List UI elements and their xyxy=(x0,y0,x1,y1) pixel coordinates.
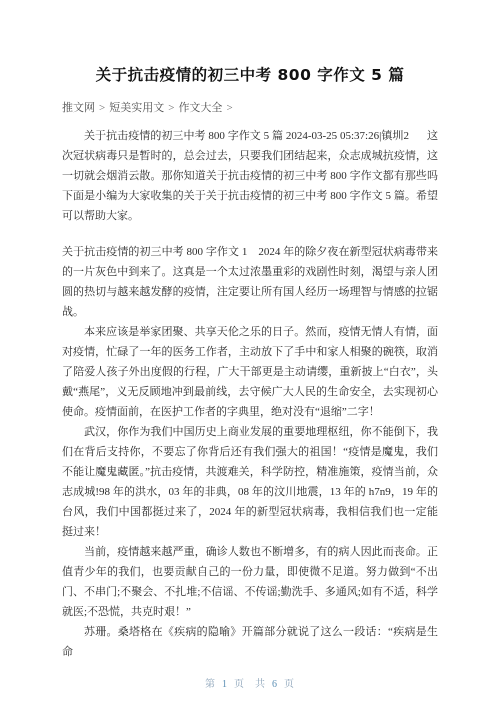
page-word-prefix: 第 xyxy=(205,679,216,690)
breadcrumb-separator: > xyxy=(168,102,174,114)
page-word-unit: 页 xyxy=(234,679,245,690)
breadcrumb-item-subcategory[interactable]: 作文大全 xyxy=(178,102,222,114)
article-body: 关于抗击疫情的初三中考 800 字作文 5 篇 2024-03-25 05:37… xyxy=(62,126,438,662)
paragraph: 当前，疫情越来越严重，确诊人数也不断增多，有的病人因此而丧命。正值青少年的我们，… xyxy=(62,542,438,622)
current-page-number: 1 xyxy=(222,679,228,690)
breadcrumb-separator: > xyxy=(226,102,232,114)
page-title: 关于抗击疫情的初三中考 800 字作文 5 篇 xyxy=(40,64,460,86)
breadcrumb: 推文网>短美实用文>作文大全> xyxy=(62,101,438,115)
paragraph: 武汉，你作为我们中国历史上商业发展的重要地理枢纽，你不能倒下，我们在背后支持你，… xyxy=(62,422,438,542)
essay-1-inline-heading: 关于抗击疫情的初三中考 800 字作文 1 xyxy=(62,246,247,258)
intro-paragraph: 关于抗击疫情的初三中考 800 字作文 5 篇 2024-03-25 05:37… xyxy=(62,126,438,226)
total-word-prefix: 共 xyxy=(255,679,266,690)
paragraph: 苏珊。桑塔格在《疾病的隐喻》开篇部分就说了这么一段话：“疾病是生命 xyxy=(62,622,438,662)
post-author: 镇圳2 xyxy=(381,130,409,142)
paragraph: 本来应该是举家团聚、共享天伦之乐的日子。然而，疫情无情人有情，面对疫情，忙碌了一… xyxy=(62,322,438,422)
post-datetime: 2024-03-25 05:37:26 xyxy=(286,130,379,142)
document-page: 关于抗击疫情的初三中考 800 字作文 5 篇 推文网>短美实用文>作文大全> … xyxy=(0,0,500,707)
breadcrumb-item-home[interactable]: 推文网 xyxy=(62,102,95,114)
breadcrumb-item-category[interactable]: 短美实用文 xyxy=(109,102,164,114)
breadcrumb-separator: > xyxy=(99,102,105,114)
essay-1-paragraph: 关于抗击疫情的初三中考 800 字作文 12024 年的除夕夜在新型冠状病毒带来… xyxy=(62,242,438,322)
pagination: 第1页共6页 xyxy=(0,678,500,692)
total-word-unit: 页 xyxy=(284,679,295,690)
doc-label: 关于抗击疫情的初三中考 800 字作文 5 篇 xyxy=(84,130,283,142)
intro-text: 这次冠状病毒只是暂时的，总会过去，只要我们团结起来，众志成城抗疫情，这一切就会烟… xyxy=(62,130,438,222)
total-pages-number: 6 xyxy=(272,679,278,690)
